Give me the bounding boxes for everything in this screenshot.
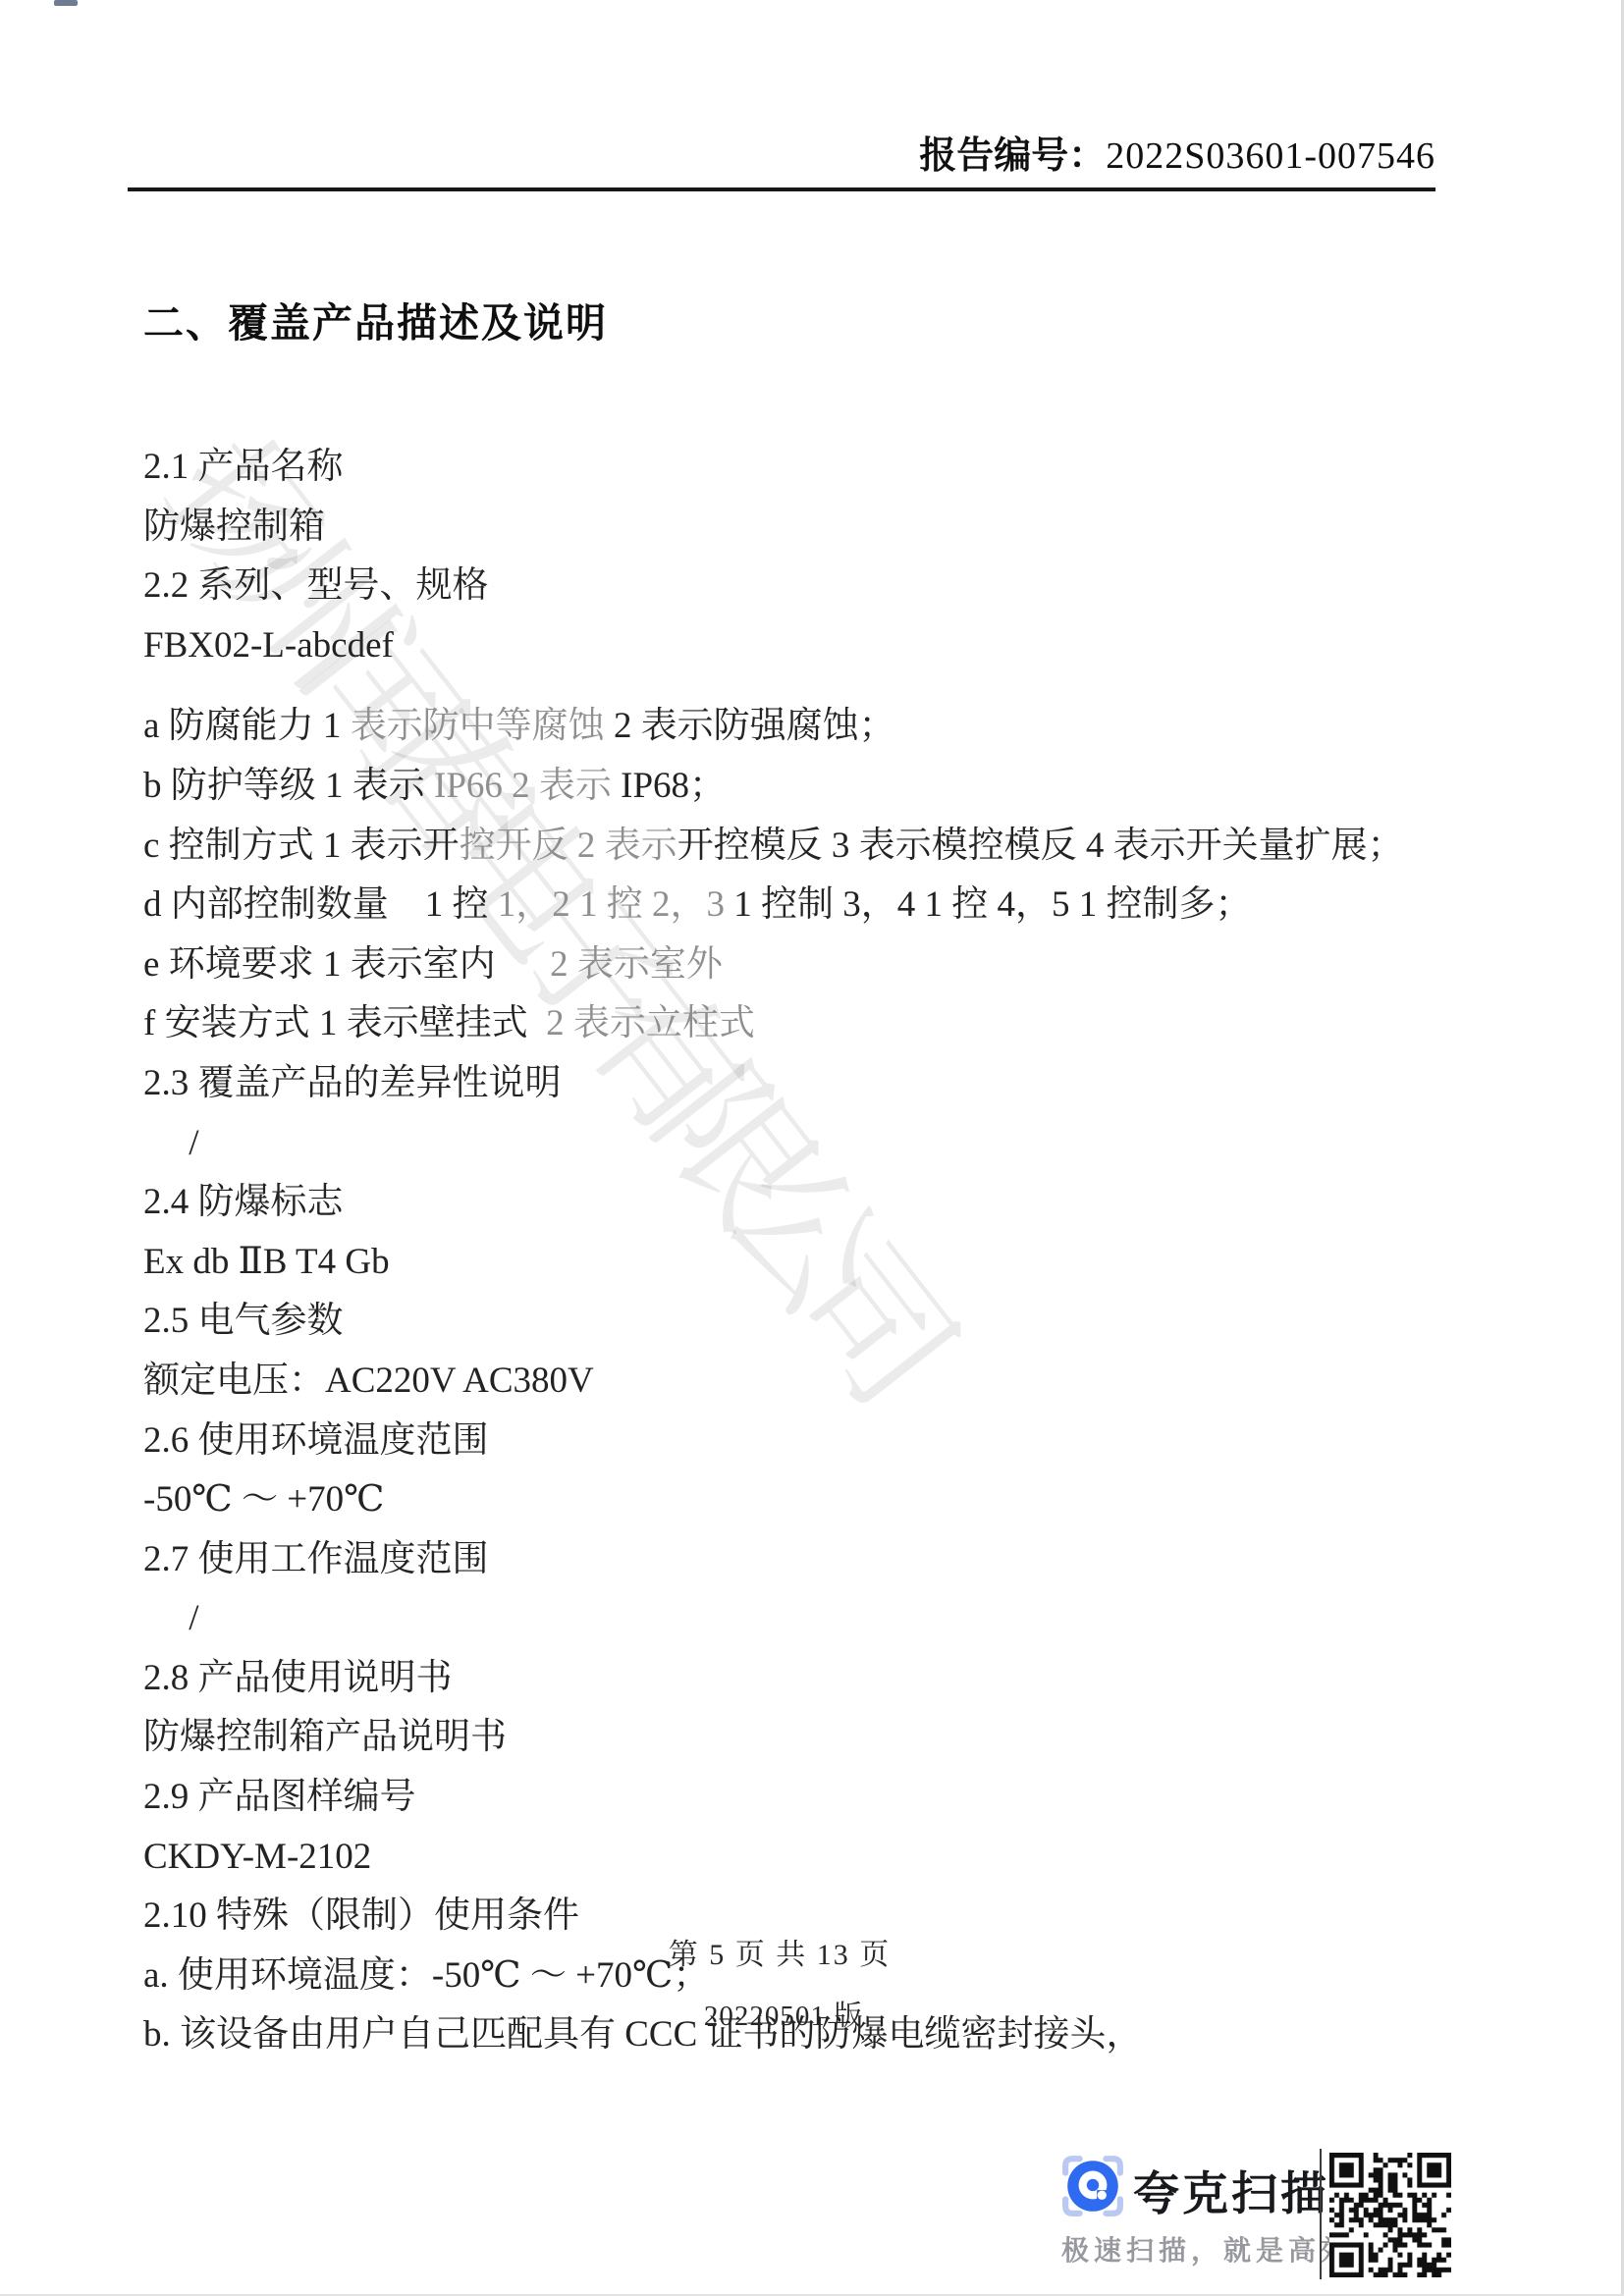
body-line: 2.5 电气参数 — [143, 1292, 1547, 1352]
text-segment: 防爆控制箱 — [143, 507, 325, 547]
text-segment: 2.1 产品名称 — [143, 447, 344, 487]
body-line: a 防腐能力 1 表示防中等腐蚀 2 表示防强腐蚀； — [143, 697, 1547, 757]
text-segment: 2.4 防爆标志 — [143, 1182, 344, 1222]
qr-code — [1329, 2153, 1451, 2277]
body-line: e 环境要求 1 表示室内 2 表示室外 — [143, 935, 1547, 995]
text-segment: 表示防中等腐蚀 — [351, 706, 605, 746]
text-segment: CKDY-M-2102 — [143, 1837, 371, 1877]
document-body: 二、覆盖产品描述及说明 2.1 产品名称防爆控制箱2.2 系列、型号、规格FBX… — [143, 208, 1547, 2150]
text-segment: 开控模反 3 表示模控模反 4 表示开关量扩展； — [677, 826, 1404, 866]
text-segment: 2.7 使用工作温度范围 — [143, 1539, 489, 1579]
text-segment: 2 表示立柱式 — [546, 1003, 755, 1043]
text-segment: 1 控制 3，4 1 控 4，5 1 控制多； — [725, 884, 1252, 925]
text-segment: IP66 2 表示 — [434, 766, 621, 806]
body-line: -50℃ ～ +70℃ — [143, 1470, 1547, 1530]
text-segment: 2.2 系列、型号、规格 — [143, 565, 489, 606]
text-segment: 控开反 2 表示 — [460, 826, 677, 866]
text-segment: 防爆控制箱产品说明书 — [143, 1717, 507, 1757]
body-line: 2.4 防爆标志 — [143, 1173, 1547, 1233]
report-number-value: 2022S03601-007546 — [1106, 135, 1435, 177]
body-line: / — [143, 1114, 1547, 1174]
body-line: 额定电压：AC220V AC380V — [143, 1352, 1547, 1412]
body-line: 2.3 覆盖产品的差异性说明 — [143, 1054, 1547, 1114]
text-segment: -50℃ ～ +70℃ — [143, 1479, 384, 1520]
text-segment: e 环境要求 1 表示室内 — [143, 944, 496, 985]
text-segment: 2 表示室外 — [496, 944, 723, 985]
scanner-app-slogan: 极速扫描，就是高效 — [1061, 2229, 1353, 2269]
text-segment: 2.3 覆盖产品的差异性说明 — [143, 1063, 562, 1103]
text-segment: / — [143, 1598, 199, 1638]
text-segment: 额定电压：AC220V AC380V — [143, 1361, 594, 1401]
report-number-label: 报告编号： — [919, 135, 1106, 177]
body-line: f 安装方式 1 表示壁挂式 2 表示立柱式 — [143, 994, 1547, 1054]
text-segment: Ex db ⅡB T4 Gb — [143, 1242, 390, 1282]
page-number: 第 5 页 共 13 页 — [0, 1930, 1559, 1973]
document-version: 20220501 版 — [0, 1994, 1567, 2034]
text-segment: c 控制方式 1 表示开 — [143, 826, 460, 866]
text-segment: 2.8 产品使用说明书 — [143, 1658, 453, 1698]
text-segment: 1，2 1 控 2，3 — [498, 884, 725, 925]
text-segment: d 内部控制数量 1 控 — [143, 884, 498, 925]
quark-scanner-logo-icon — [1060, 2154, 1125, 2218]
body-line: 2.1 产品名称 — [143, 438, 1547, 498]
body-line: d 内部控制数量 1 控 1，2 1 控 2，3 1 控制 3，4 1 控 4，… — [143, 876, 1547, 935]
body-line: Ex db ⅡB T4 Gb — [143, 1233, 1547, 1293]
text-segment: / — [143, 1123, 199, 1163]
body-line: 2.8 产品使用说明书 — [143, 1649, 1547, 1709]
body-line: 防爆控制箱 — [143, 498, 1547, 558]
body-line: b 防护等级 1 表示 IP66 2 表示 IP68； — [143, 757, 1547, 817]
text-segment: FBX02-L-abcdef — [143, 625, 394, 666]
body-line: 2.2 系列、型号、规格 — [143, 557, 1547, 616]
body-line: FBX02-L-abcdef — [143, 616, 1547, 676]
body-lines: 2.1 产品名称防爆控制箱2.2 系列、型号、规格FBX02-L-abcdefa… — [143, 438, 1547, 2065]
body-line: / — [143, 1589, 1547, 1649]
body-line: 2.7 使用工作温度范围 — [143, 1530, 1547, 1590]
report-number-header: 报告编号：2022S03601-007546 — [919, 125, 1435, 179]
body-line: c 控制方式 1 表示开控开反 2 表示开控模反 3 表示模控模反 4 表示开关… — [143, 817, 1547, 877]
body-line: 防爆控制箱产品说明书 — [143, 1708, 1547, 1768]
body-line: 2.6 使用环境温度范围 — [143, 1412, 1547, 1471]
section-heading: 二、覆盖产品描述及说明 — [143, 293, 1547, 353]
brand-divider — [1320, 2149, 1322, 2279]
text-segment: 2.5 电气参数 — [143, 1301, 344, 1341]
text-segment: 2 表示防强腐蚀； — [605, 706, 895, 746]
text-segment: a 防腐能力 1 — [143, 706, 351, 746]
text-segment: b 防护等级 1 表示 — [143, 766, 434, 806]
header-divider-rule — [128, 187, 1435, 191]
text-segment: 2.6 使用环境温度范围 — [143, 1420, 489, 1461]
scanned-page: 扬州闰春电子有限公司 报告编号：2022S03601-007546 二、覆盖产品… — [0, 0, 1624, 2296]
text-segment: IP68； — [621, 766, 726, 806]
text-segment: 2.9 产品图样编号 — [143, 1777, 416, 1817]
scan-speck — [54, 0, 78, 6]
body-line: CKDY-M-2102 — [143, 1828, 1547, 1888]
body-line: 2.9 产品图样编号 — [143, 1768, 1547, 1828]
text-segment: f 安装方式 1 表示壁挂式 — [143, 1003, 546, 1043]
